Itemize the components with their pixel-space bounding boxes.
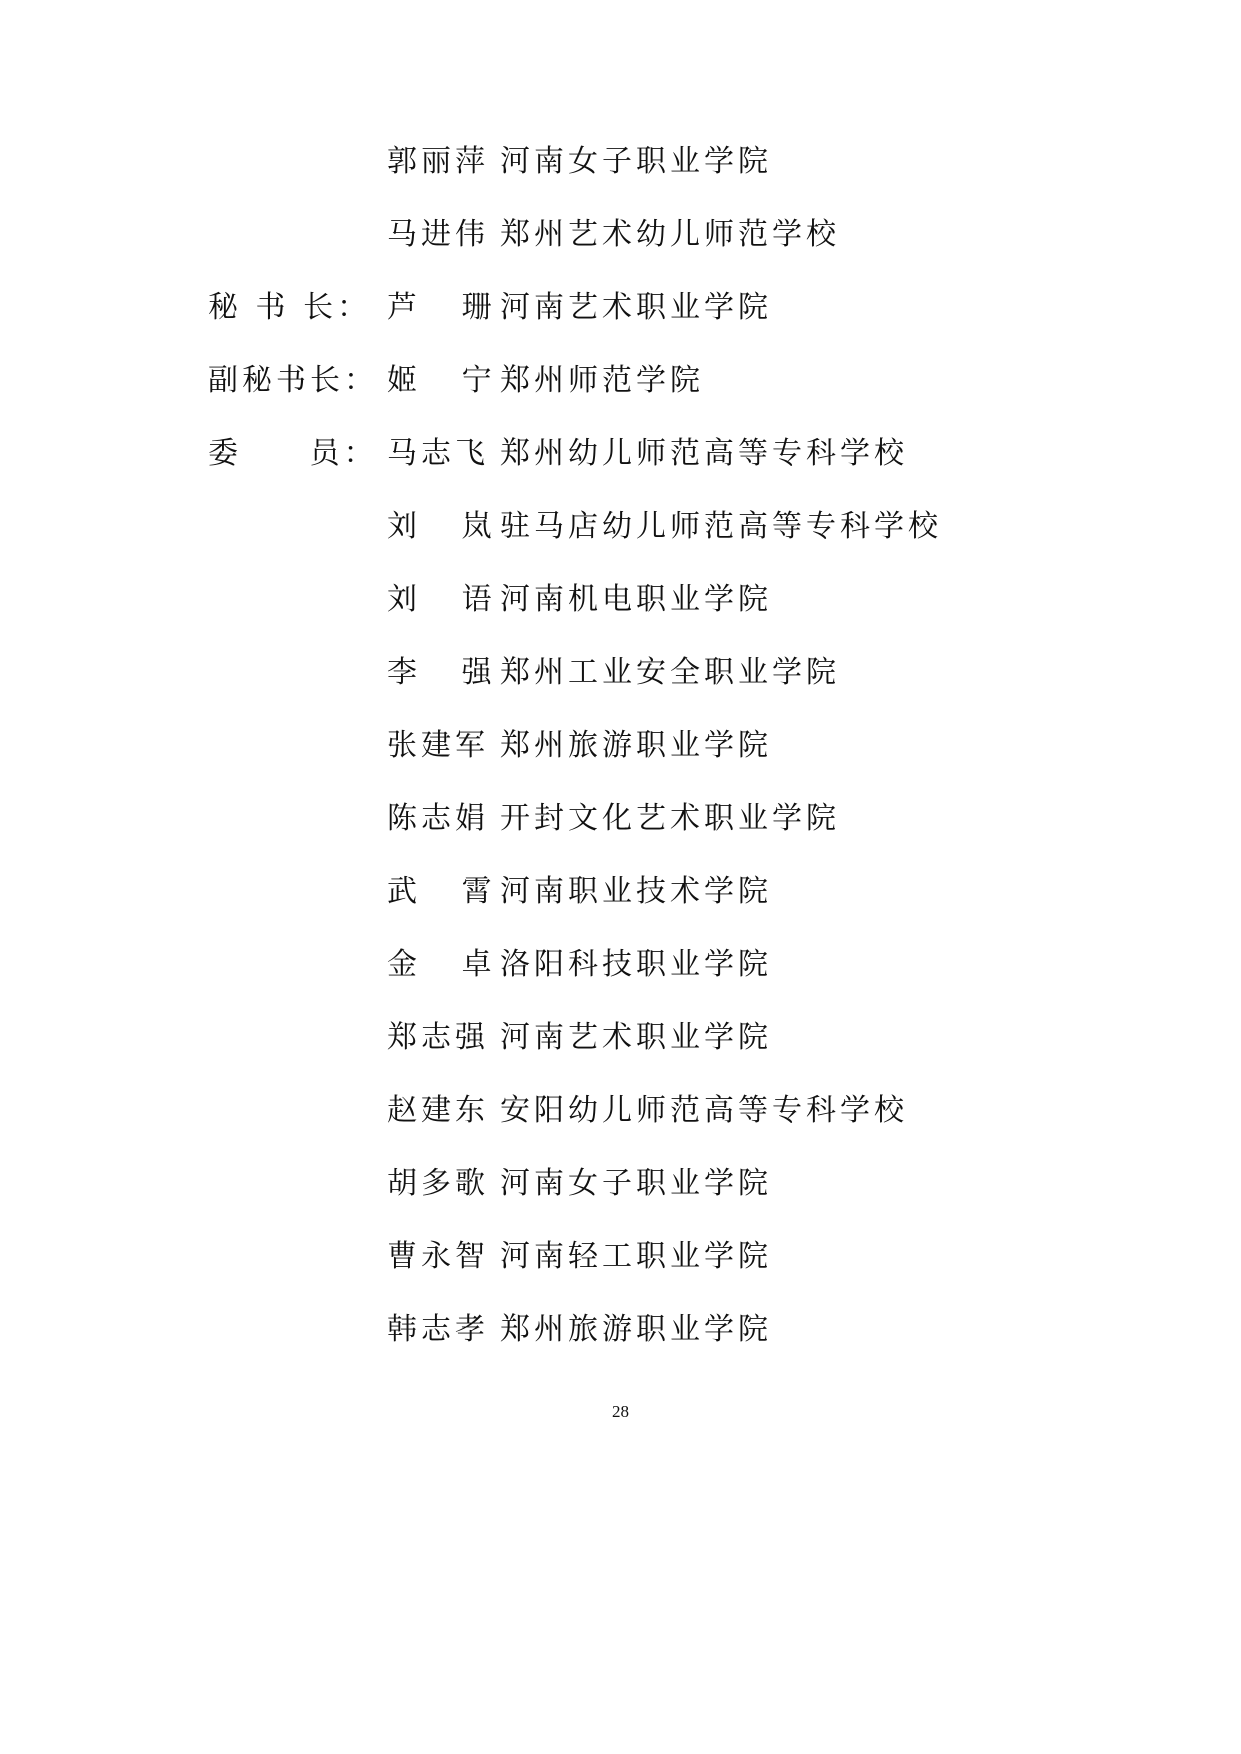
member-institution: 河南艺术职业学院: [500, 1018, 772, 1058]
role-label: 委 员：: [208, 434, 378, 474]
secretary-general-row: 秘 书 长： 芦 珊 河南艺术职业学院: [0, 288, 1241, 328]
role-label: 秘 书 长：: [208, 288, 371, 328]
deputy-secretary-general-row: 副秘书长： 姬 宁 郑州师范学院: [0, 361, 1241, 401]
member-institution: 开封文化艺术职业学院: [500, 799, 840, 839]
member-institution: 河南机电职业学院: [500, 580, 772, 620]
committee-member-row: 委 员： 马志飞 郑州幼儿师范高等专科学校: [0, 434, 1241, 474]
member-name: 张建军: [387, 726, 489, 766]
member-row: 郭丽萍 河南女子职业学院: [0, 142, 1241, 182]
member-name: 马志飞: [387, 434, 489, 474]
member-institution: 郑州旅游职业学院: [500, 1310, 772, 1350]
member-name: 韩志孝: [387, 1310, 489, 1350]
member-institution: 河南女子职业学院: [500, 142, 772, 182]
member-name: 刘 语: [387, 580, 496, 620]
member-institution: 河南职业技术学院: [500, 872, 772, 912]
member-name: 武 霄: [387, 872, 496, 912]
member-name: 赵建东: [387, 1091, 489, 1131]
member-institution: 郑州艺术幼儿师范学校: [500, 215, 840, 255]
committee-member-row: 胡多歌 河南女子职业学院: [0, 1164, 1241, 1204]
member-institution: 郑州工业安全职业学院: [500, 653, 840, 693]
member-name: 金 卓: [387, 945, 496, 985]
member-institution: 河南轻工职业学院: [500, 1237, 772, 1277]
member-name: 郑志强: [387, 1018, 489, 1058]
member-institution: 郑州师范学院: [500, 361, 704, 401]
member-institution: 河南艺术职业学院: [500, 288, 772, 328]
role-label: 副秘书长：: [208, 361, 378, 401]
page-number: 28: [0, 1402, 1241, 1422]
member-name: 姬 宁: [387, 361, 496, 401]
member-institution: 郑州幼儿师范高等专科学校: [500, 434, 908, 474]
committee-member-row: 张建军 郑州旅游职业学院: [0, 726, 1241, 766]
member-institution: 安阳幼儿师范高等专科学校: [500, 1091, 908, 1131]
committee-member-row: 陈志娟 开封文化艺术职业学院: [0, 799, 1241, 839]
committee-member-row: 韩志孝 郑州旅游职业学院: [0, 1310, 1241, 1350]
member-name: 胡多歌: [387, 1164, 489, 1204]
committee-member-row: 刘 岚 驻马店幼儿师范高等专科学校: [0, 507, 1241, 547]
committee-member-row: 曹永智 河南轻工职业学院: [0, 1237, 1241, 1277]
member-name: 李 强: [387, 653, 496, 693]
member-name: 郭丽萍: [387, 142, 489, 182]
member-name: 陈志娟: [387, 799, 489, 839]
committee-member-row: 李 强 郑州工业安全职业学院: [0, 653, 1241, 693]
member-row: 马进伟 郑州艺术幼儿师范学校: [0, 215, 1241, 255]
committee-member-row: 郑志强 河南艺术职业学院: [0, 1018, 1241, 1058]
member-institution: 驻马店幼儿师范高等专科学校: [500, 507, 942, 547]
committee-member-row: 赵建东 安阳幼儿师范高等专科学校: [0, 1091, 1241, 1131]
committee-member-row: 刘 语 河南机电职业学院: [0, 580, 1241, 620]
member-institution: 洛阳科技职业学院: [500, 945, 772, 985]
document-page: 郭丽萍 河南女子职业学院 马进伟 郑州艺术幼儿师范学校 秘 书 长： 芦 珊 河…: [0, 0, 1241, 1754]
member-institution: 郑州旅游职业学院: [500, 726, 772, 766]
member-name: 芦 珊: [387, 288, 496, 328]
committee-member-row: 金 卓 洛阳科技职业学院: [0, 945, 1241, 985]
member-name: 刘 岚: [387, 507, 496, 547]
member-name: 曹永智: [387, 1237, 489, 1277]
committee-member-row: 武 霄 河南职业技术学院: [0, 872, 1241, 912]
member-name: 马进伟: [387, 215, 489, 255]
member-institution: 河南女子职业学院: [500, 1164, 772, 1204]
